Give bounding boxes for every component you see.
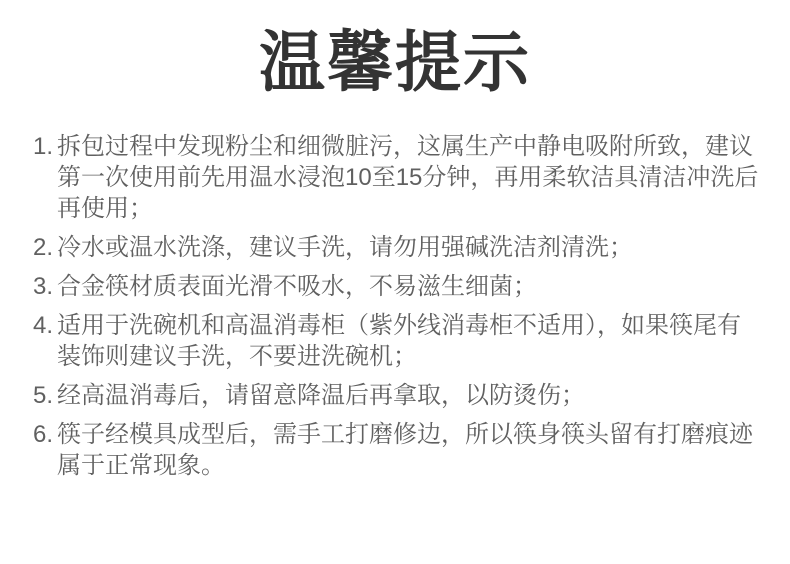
- tip-line: 第一次使用前先用温水浸泡10至15分钟，再用柔软洁具清洁冲洗后: [57, 162, 758, 193]
- tip-item: 1. 拆包过程中发现粉尘和细微脏污，这属生产中静电吸附所致，建议第一次使用前先用…: [33, 131, 790, 224]
- tip-number: 6.: [33, 419, 57, 450]
- tip-item: 2. 冷水或温水洗涤，建议手洗，请勿用强碱洗洁剂清洗；: [33, 232, 790, 263]
- tip-text: 拆包过程中发现粉尘和细微脏污，这属生产中静电吸附所致，建议第一次使用前先用温水浸…: [57, 131, 758, 224]
- tip-text: 适用于洗碗机和高温消毒柜（紫外线消毒柜不适用），如果筷尾有装饰则建议手洗，不要进…: [57, 310, 741, 372]
- tip-line: 适用于洗碗机和高温消毒柜（紫外线消毒柜不适用），如果筷尾有: [57, 310, 741, 341]
- tip-number: 2.: [33, 232, 57, 263]
- tip-line: 拆包过程中发现粉尘和细微脏污，这属生产中静电吸附所致，建议: [57, 131, 758, 162]
- tip-item: 3. 合金筷材质表面光滑不吸水，不易滋生细菌；: [33, 271, 790, 302]
- page-title: 温馨提示: [0, 23, 790, 101]
- tip-line: 装饰则建议手洗，不要进洗碗机；: [57, 341, 741, 372]
- tip-text: 经高温消毒后，请留意降温后再拿取，以防烫伤；: [57, 380, 585, 411]
- tip-line: 合金筷材质表面光滑不吸水，不易滋生细菌；: [57, 271, 537, 302]
- tip-line: 再使用；: [57, 193, 758, 224]
- tip-line: 属于正常现象。: [57, 450, 753, 481]
- tip-number: 1.: [33, 131, 57, 162]
- tip-text: 合金筷材质表面光滑不吸水，不易滋生细菌；: [57, 271, 537, 302]
- tip-item: 6. 筷子经模具成型后，需手工打磨修边，所以筷身筷头留有打磨痕迹属于正常现象。: [33, 419, 790, 481]
- tip-text: 冷水或温水洗涤，建议手洗，请勿用强碱洗洁剂清洗；: [57, 232, 633, 263]
- tip-number: 5.: [33, 380, 57, 411]
- tips-list: 1. 拆包过程中发现粉尘和细微脏污，这属生产中静电吸附所致，建议第一次使用前先用…: [33, 131, 790, 481]
- tip-text: 筷子经模具成型后，需手工打磨修边，所以筷身筷头留有打磨痕迹属于正常现象。: [57, 419, 753, 481]
- tip-number: 3.: [33, 271, 57, 302]
- tip-number: 4.: [33, 310, 57, 341]
- tip-line: 冷水或温水洗涤，建议手洗，请勿用强碱洗洁剂清洗；: [57, 232, 633, 263]
- tip-line: 经高温消毒后，请留意降温后再拿取，以防烫伤；: [57, 380, 585, 411]
- notice-page: 温馨提示 1. 拆包过程中发现粉尘和细微脏污，这属生产中静电吸附所致，建议第一次…: [0, 0, 790, 564]
- tip-line: 筷子经模具成型后，需手工打磨修边，所以筷身筷头留有打磨痕迹: [57, 419, 753, 450]
- tip-item: 4. 适用于洗碗机和高温消毒柜（紫外线消毒柜不适用），如果筷尾有装饰则建议手洗，…: [33, 310, 790, 372]
- tip-item: 5. 经高温消毒后，请留意降温后再拿取，以防烫伤；: [33, 380, 790, 411]
